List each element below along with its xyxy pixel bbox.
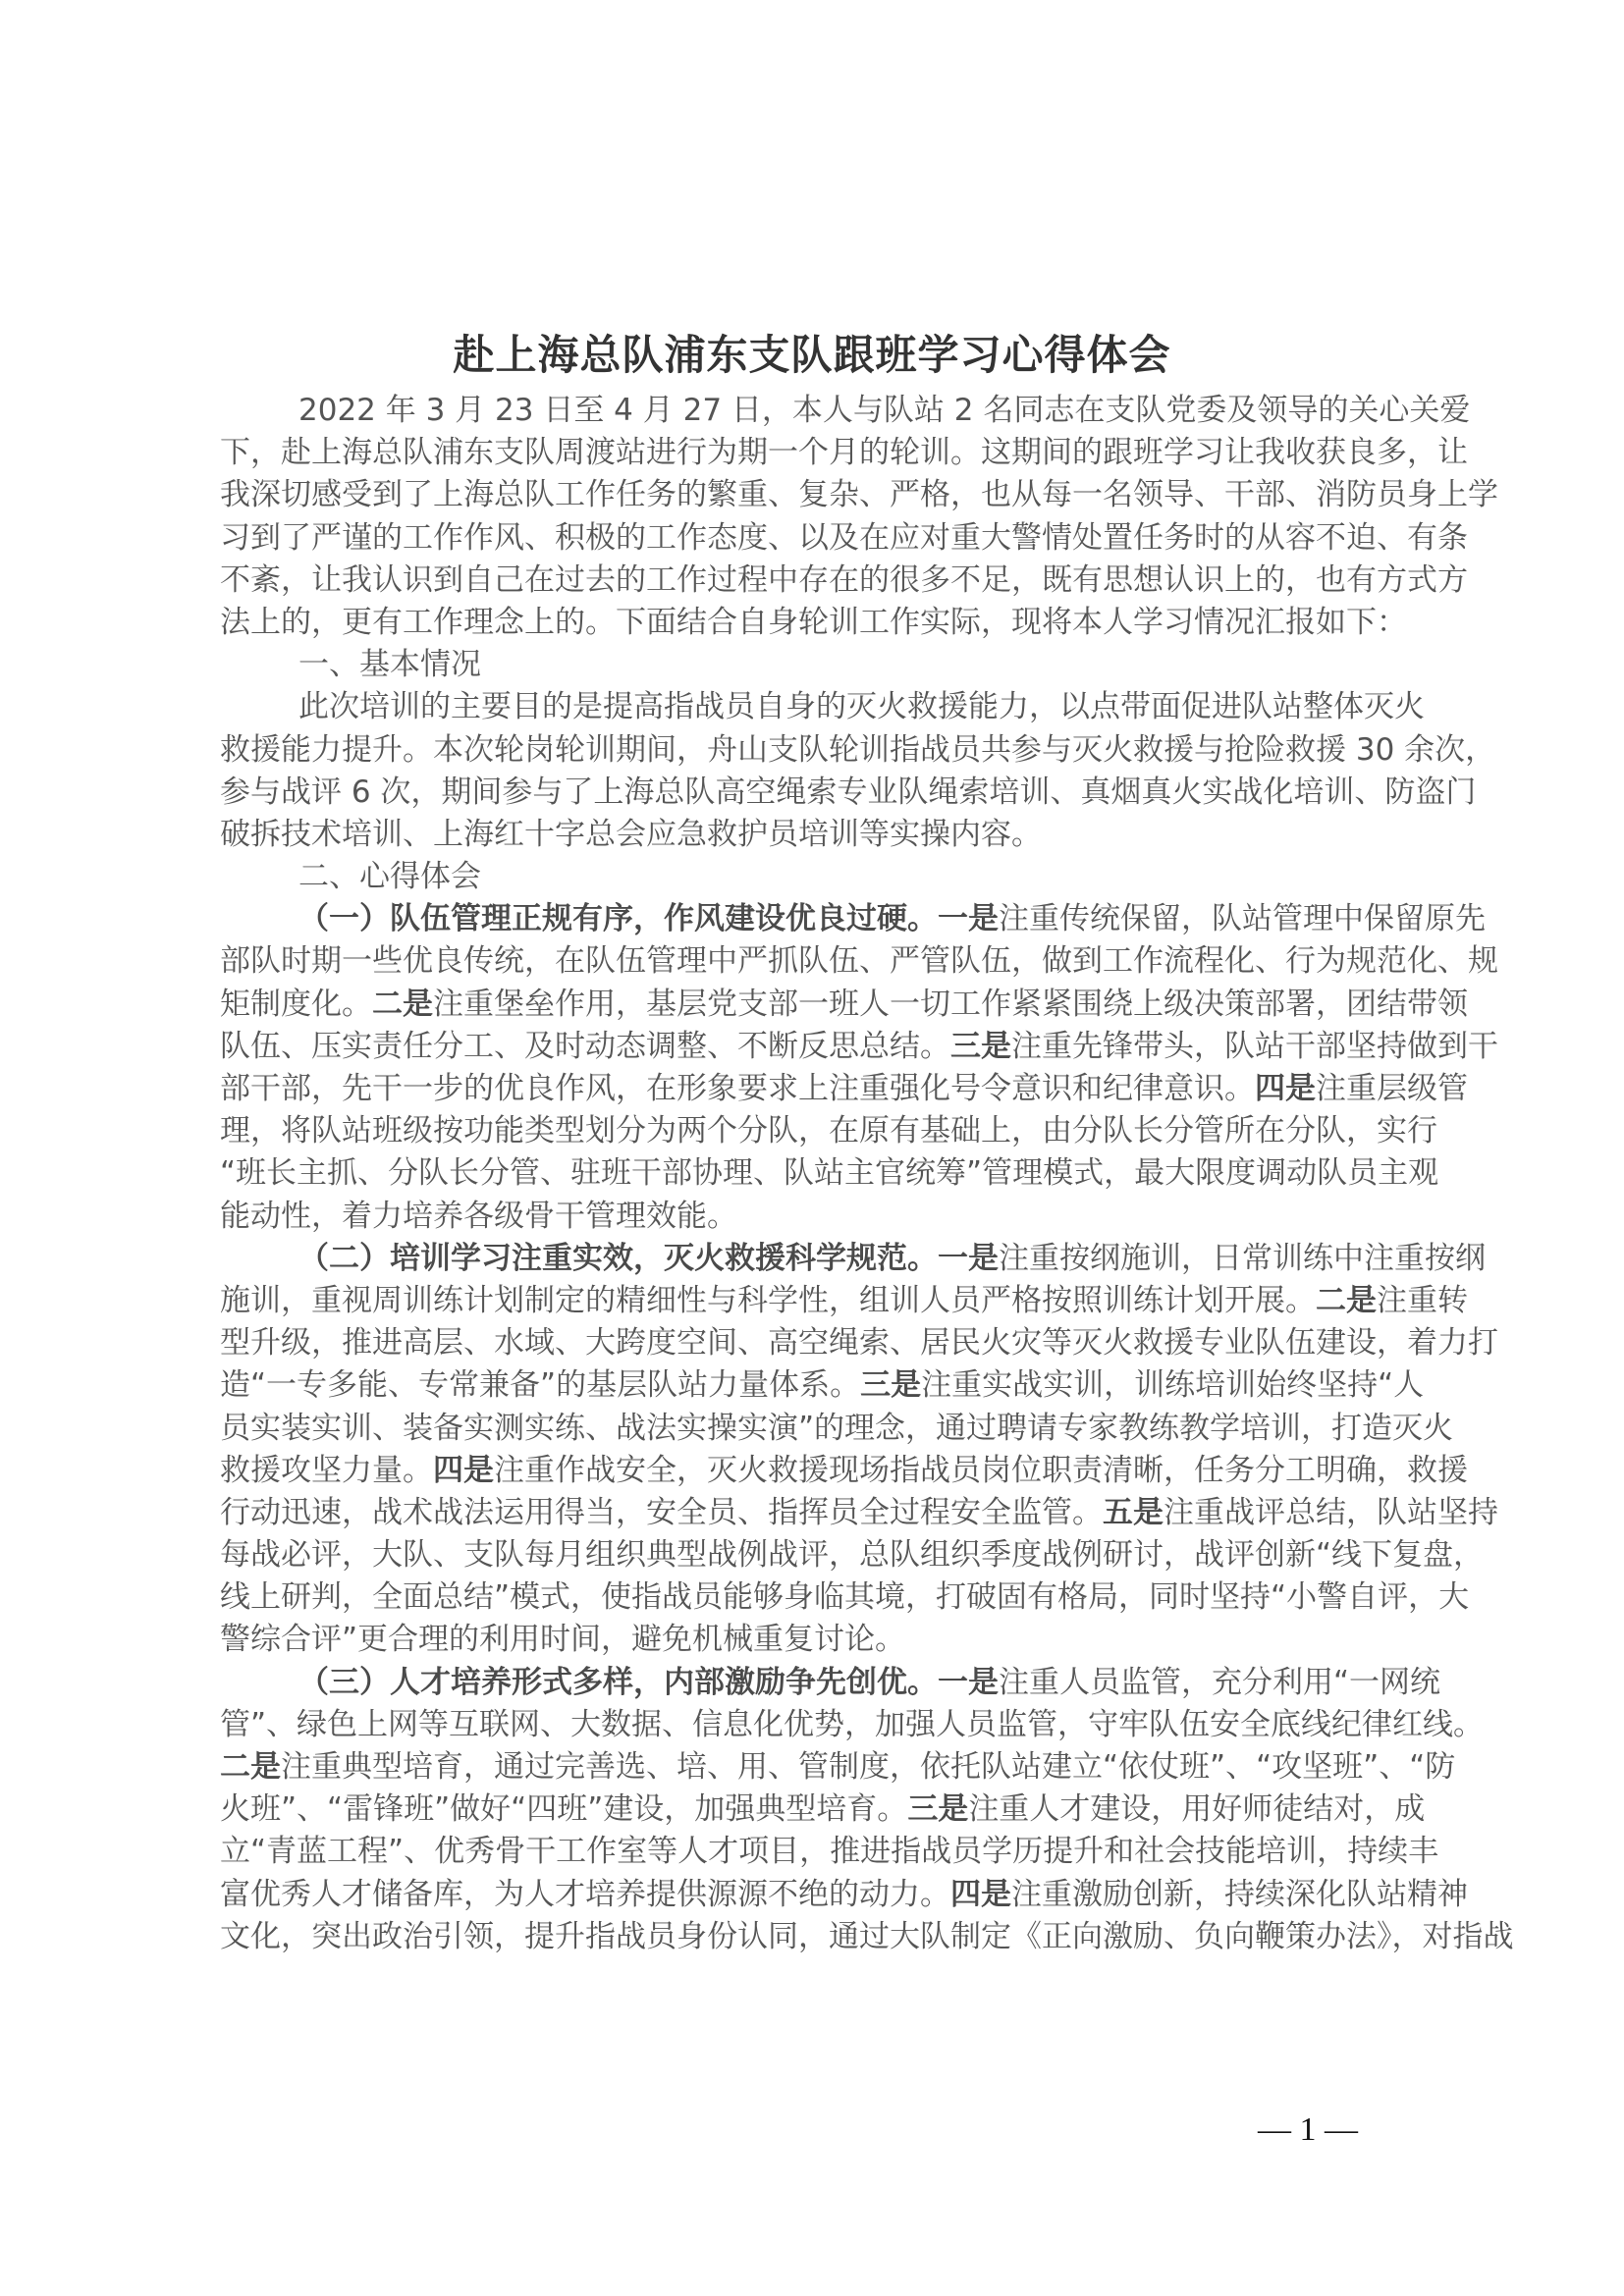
text-segment: 队伍、压实责任分工、及时动态调整、不断反思总结。 bbox=[220, 1029, 950, 1064]
text-line: 施训，重视周训练计划制定的精细性与科学性，组训人员严格按照训练计划开展。二是注重… bbox=[220, 1280, 1416, 1322]
bold-text-segment: （三）人才培养形式多样，内部激励争先创优。一是 bbox=[298, 1665, 999, 1700]
text-segment: 警综合评”更合理的利用时间，避免机械重复讨论。 bbox=[220, 1622, 905, 1657]
text-line: 二、心得体会 bbox=[220, 856, 1416, 898]
text-line: 救援能力提升。本次轮岗轮训期间，舟山支队轮训指战员共参与灭火救援与抢险救援 30… bbox=[220, 729, 1416, 772]
text-segment: 破拆技术培训、上海红十字总会应急救护员培训等实操内容。 bbox=[220, 817, 1042, 852]
text-segment: 部队时期一些优良传统，在队伍管理中严抓队伍、严管队伍，做到工作流程化、行为规范化… bbox=[220, 943, 1498, 979]
text-segment: 注重堡垒作用，基层党支部一班人一切工作紧紧围绕上级决策部署，团结带领 bbox=[433, 987, 1468, 1022]
text-segment: 2022 年 3 月 23 日至 4 月 27 日，本人与队站 2 名同志在支队… bbox=[298, 393, 1470, 428]
text-segment: 型升级，推进高层、水域、大跨度空间、高空绳索、居民火灾等灭火救援专业队伍建设，着… bbox=[220, 1325, 1498, 1361]
text-segment: 注重按纲施训，日常训练中注重按纲 bbox=[999, 1241, 1486, 1276]
text-line: 行动迅速，战术战法运用得当，安全员、指挥员全过程安全监管。五是注重战评总结，队站… bbox=[220, 1492, 1416, 1534]
bold-text-segment: 二是 bbox=[1316, 1283, 1377, 1318]
text-segment: 救援攻坚力量。 bbox=[220, 1453, 433, 1488]
text-line: 不紊，让我认识到自己在过去的工作过程中存在的很多不足，既有思想认识上的，也有方式… bbox=[220, 560, 1416, 602]
text-segment: “班长主抓、分队长分管、驻班干部协理、队站主官统筹”管理模式，最大限度调动队员主… bbox=[220, 1155, 1438, 1191]
text-line: 部队时期一些优良传统，在队伍管理中严抓队伍、严管队伍，做到工作流程化、行为规范化… bbox=[220, 940, 1416, 983]
text-segment: 我深切感受到了上海总队工作任务的繁重、复杂、严格，也从每一名领导、干部、消防员身… bbox=[220, 477, 1498, 512]
bold-text-segment: （一）队伍管理正规有序，作风建设优良过硬。一是 bbox=[298, 901, 999, 936]
bold-text-segment: 三是 bbox=[860, 1367, 921, 1403]
text-line: 矩制度化。二是注重堡垒作用，基层党支部一班人一切工作紧紧围绕上级决策部署，团结带… bbox=[220, 984, 1416, 1026]
text-line: （二）培训学习注重实效，灭火救援科学规范。一是注重按纲施训，日常训练中注重按纲 bbox=[220, 1238, 1416, 1280]
text-segment: 造“一专多能、专常兼备”的基层队站力量体系。 bbox=[220, 1367, 860, 1403]
text-line: 文化，突出政治引领，提升指战员身份认同，通过大队制定《正向激励、负向鞭策办法》，… bbox=[220, 1916, 1416, 1958]
text-line: 富优秀人才储备库，为人才培养提供源源不绝的动力。四是注重激励创新，持续深化队站精… bbox=[220, 1874, 1416, 1916]
text-segment: 每战必评，大队、支队每月组织典型战例战评，总队组织季度战例研讨，战评创新“线下复… bbox=[220, 1537, 1484, 1573]
text-segment: 注重作战安全，灭火救援现场指战员岗位职责清晰，任务分工明确，救援 bbox=[494, 1453, 1468, 1488]
text-line: 线上研判，全面总结”模式，使指战员能够身临其境，打破固有格局，同时坚持“小警自评… bbox=[220, 1576, 1416, 1619]
text-line: 型升级，推进高层、水域、大跨度空间、高空绳索、居民火灾等灭火救援专业队伍建设，着… bbox=[220, 1322, 1416, 1364]
text-segment: 注重层级管 bbox=[1316, 1071, 1468, 1106]
text-line: 参与战评 6 次，期间参与了上海总队高空绳索专业队绳索培训、真烟真火实战化培训、… bbox=[220, 772, 1416, 814]
text-segment: 注重人才建设，用好师徒结对，成 bbox=[968, 1791, 1425, 1827]
bold-text-segment: 三是 bbox=[907, 1791, 968, 1827]
text-segment: 理，将队站班级按功能类型划分为两个分队，在原有基础上，由分队长分管所在分队，实行 bbox=[220, 1113, 1437, 1148]
text-segment: 此次培训的主要目的是提高指战员自身的灭火救援能力，以点带面促进队站整体灭火 bbox=[298, 689, 1425, 724]
text-line: 理，将队站班级按功能类型划分为两个分队，在原有基础上，由分队长分管所在分队，实行 bbox=[220, 1110, 1416, 1152]
text-line: 火班”、“雷锋班”做好“四班”建设，加强典型培育。三是注重人才建设，用好师徒结对… bbox=[220, 1789, 1416, 1831]
text-segment: 注重战评总结，队站坚持 bbox=[1164, 1495, 1498, 1530]
text-line: （一）队伍管理正规有序，作风建设优良过硬。一是注重传统保留，队站管理中保留原先 bbox=[220, 898, 1416, 940]
text-segment: 矩制度化。 bbox=[220, 987, 372, 1022]
text-line: 立“青蓝工程”、优秀骨干工作室等人才项目，推进指战员学历提升和社会技能培训，持续… bbox=[220, 1831, 1416, 1873]
text-line: 习到了严谨的工作作风、积极的工作态度、以及在应对重大警情处置任务时的从容不迫、有… bbox=[220, 517, 1416, 560]
text-segment: 注重传统保留，队站管理中保留原先 bbox=[999, 901, 1486, 936]
text-line: 一、基本情况 bbox=[220, 644, 1416, 686]
text-segment: 注重实战实训，训练培训始终坚持“人 bbox=[921, 1367, 1424, 1403]
bold-text-segment: 四是 bbox=[950, 1877, 1011, 1912]
text-segment: 注重典型培育，通过完善选、培、用、管制度，依托队站建立“依仗班”、“攻坚班”、“… bbox=[281, 1749, 1455, 1785]
text-line: 管”、绿色上网等互联网、大数据、信息化优势，加强人员监管，守牢队伍安全底线纪律红… bbox=[220, 1704, 1416, 1746]
text-segment: 线上研判，全面总结”模式，使指战员能够身临其境，打破固有格局，同时坚持“小警自评… bbox=[220, 1579, 1469, 1615]
text-segment: 注重先锋带头，队站干部坚持做到干 bbox=[1011, 1029, 1498, 1064]
text-line: “班长主抓、分队长分管、驻班干部协理、队站主官统筹”管理模式，最大限度调动队员主… bbox=[220, 1152, 1416, 1195]
bold-text-segment: 二是 bbox=[372, 987, 433, 1022]
text-line: 员实装实训、装备实测实练、战法实操实演”的理念，通过聘请专家教练教学培训，打造灭… bbox=[220, 1408, 1416, 1450]
text-segment: 注重人员监管，充分利用“一网统 bbox=[999, 1665, 1440, 1700]
text-line: 下，赴上海总队浦东支队周渡站进行为期一个月的轮训。这期间的跟班学习让我收获良多，… bbox=[220, 432, 1416, 474]
text-line: 我深切感受到了上海总队工作任务的繁重、复杂、严格，也从每一名领导、干部、消防员身… bbox=[220, 474, 1416, 516]
text-segment: 火班”、“雷锋班”做好“四班”建设，加强典型培育。 bbox=[220, 1791, 907, 1827]
text-line: 救援攻坚力量。四是注重作战安全，灭火救援现场指战员岗位职责清晰，任务分工明确，救… bbox=[220, 1450, 1416, 1492]
bold-text-segment: 四是 bbox=[1255, 1071, 1316, 1106]
text-line: 部干部，先干一步的优良作风，在形象要求上注重强化号令意识和纪律意识。四是注重层级… bbox=[220, 1068, 1416, 1110]
text-segment: 施训，重视周训练计划制定的精细性与科学性，组训人员严格按照训练计划开展。 bbox=[220, 1283, 1316, 1318]
bold-text-segment: 二是 bbox=[220, 1749, 281, 1785]
text-segment: 救援能力提升。本次轮岗轮训期间，舟山支队轮训指战员共参与灭火救援与抢险救援 30… bbox=[220, 732, 1495, 768]
text-line: 队伍、压实责任分工、及时动态调整、不断反思总结。三是注重先锋带头，队站干部坚持做… bbox=[220, 1026, 1416, 1068]
document-body: 2022 年 3 月 23 日至 4 月 27 日，本人与队站 2 名同志在支队… bbox=[220, 390, 1416, 1958]
text-segment: 能动性，着力培养各级骨干管理效能。 bbox=[220, 1199, 737, 1234]
text-line: 此次培训的主要目的是提高指战员自身的灭火救援能力，以点带面促进队站整体灭火 bbox=[220, 686, 1416, 728]
text-line: 警综合评”更合理的利用时间，避免机械重复讨论。 bbox=[220, 1619, 1416, 1661]
text-segment: 习到了严谨的工作作风、积极的工作态度、以及在应对重大警情处置任务时的从容不迫、有… bbox=[220, 520, 1468, 556]
text-segment: 管”、绿色上网等互联网、大数据、信息化优势，加强人员监管，守牢队伍安全底线纪律红… bbox=[220, 1707, 1484, 1742]
text-segment: 员实装实训、装备实测实练、战法实操实演”的理念，通过聘请专家教练教学培训，打造灭… bbox=[220, 1411, 1453, 1446]
text-segment: 文化，突出政治引领，提升指战员身份认同，通过大队制定《正向激励、负向鞭策办法》，… bbox=[220, 1919, 1514, 1954]
text-line: 二是注重典型培育，通过完善选、培、用、管制度，依托队站建立“依仗班”、“攻坚班”… bbox=[220, 1746, 1416, 1789]
text-segment: 一、基本情况 bbox=[298, 647, 481, 682]
text-segment: 注重转 bbox=[1377, 1283, 1468, 1318]
text-line: 2022 年 3 月 23 日至 4 月 27 日，本人与队站 2 名同志在支队… bbox=[220, 390, 1416, 432]
bold-text-segment: 三是 bbox=[950, 1029, 1011, 1064]
text-line: 每战必评，大队、支队每月组织典型战例战评，总队组织季度战例研讨，战评创新“线下复… bbox=[220, 1534, 1416, 1576]
text-segment: 立“青蓝工程”、优秀骨干工作室等人才项目，推进指战员学历提升和社会技能培训，持续… bbox=[220, 1834, 1438, 1869]
document-title: 赴上海总队浦东支队跟班学习心得体会 bbox=[0, 326, 1624, 385]
text-line: 破拆技术培训、上海红十字总会应急救护员培训等实操内容。 bbox=[220, 814, 1416, 856]
text-segment: 富优秀人才储备库，为人才培养提供源源不绝的动力。 bbox=[220, 1877, 950, 1912]
bold-text-segment: 五是 bbox=[1103, 1495, 1164, 1530]
document-page: 赴上海总队浦东支队跟班学习心得体会 2022 年 3 月 23 日至 4 月 2… bbox=[0, 0, 1624, 2296]
text-line: 能动性，着力培养各级骨干管理效能。 bbox=[220, 1196, 1416, 1238]
text-line: 造“一专多能、专常兼备”的基层队站力量体系。三是注重实战实训，训练培训始终坚持“… bbox=[220, 1364, 1416, 1407]
text-line: （三）人才培养形式多样，内部激励争先创优。一是注重人员监管，充分利用“一网统 bbox=[220, 1662, 1416, 1704]
text-line: 法上的，更有工作理念上的。下面结合自身轮训工作实际，现将本人学习情况汇报如下： bbox=[220, 602, 1416, 644]
text-segment: 二、心得体会 bbox=[298, 859, 481, 894]
bold-text-segment: （二）培训学习注重实效，灭火救援科学规范。一是 bbox=[298, 1241, 999, 1276]
text-segment: 不紊，让我认识到自己在过去的工作过程中存在的很多不足，既有思想认识上的，也有方式… bbox=[220, 562, 1468, 598]
text-segment: 下，赴上海总队浦东支队周渡站进行为期一个月的轮训。这期间的跟班学习让我收获良多，… bbox=[220, 435, 1468, 470]
text-segment: 法上的，更有工作理念上的。下面结合自身轮训工作实际，现将本人学习情况汇报如下： bbox=[220, 605, 1407, 640]
text-segment: 注重激励创新，持续深化队站精神 bbox=[1011, 1877, 1468, 1912]
page-number: — 1 — bbox=[1239, 2110, 1377, 2150]
bold-text-segment: 四是 bbox=[433, 1453, 494, 1488]
text-segment: 部干部，先干一步的优良作风，在形象要求上注重强化号令意识和纪律意识。 bbox=[220, 1071, 1255, 1106]
text-segment: 参与战评 6 次，期间参与了上海总队高空绳索专业队绳索培训、真烟真火实战化培训、… bbox=[220, 774, 1476, 810]
text-segment: 行动迅速，战术战法运用得当，安全员、指挥员全过程安全监管。 bbox=[220, 1495, 1103, 1530]
